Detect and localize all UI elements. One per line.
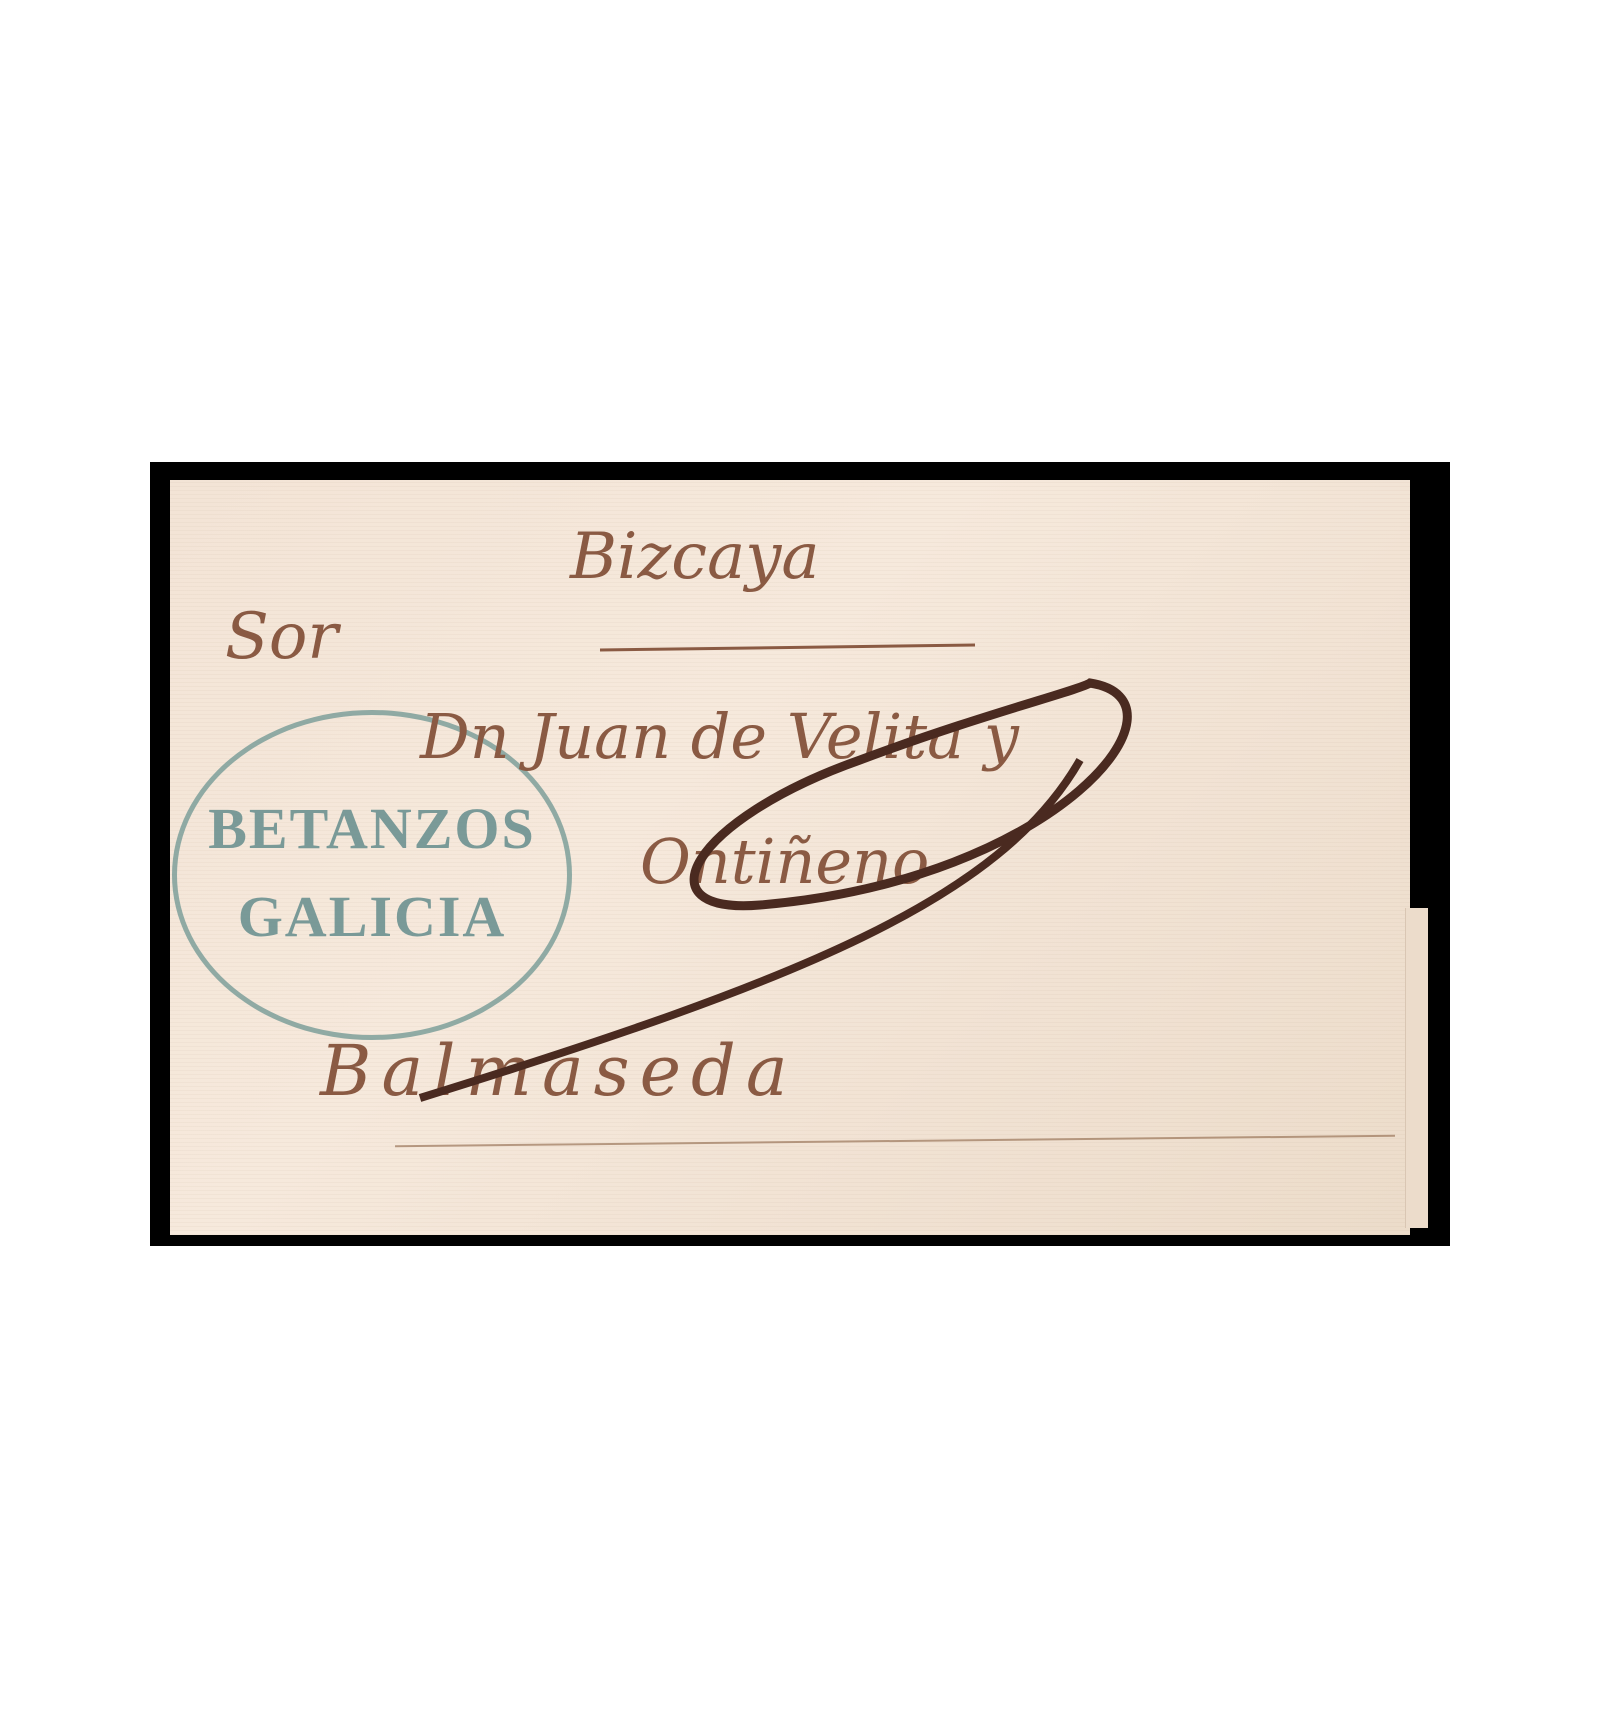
pen-marks [0,0,1600,1710]
rate-mark-loop [694,683,1127,906]
region-underline [600,645,975,650]
